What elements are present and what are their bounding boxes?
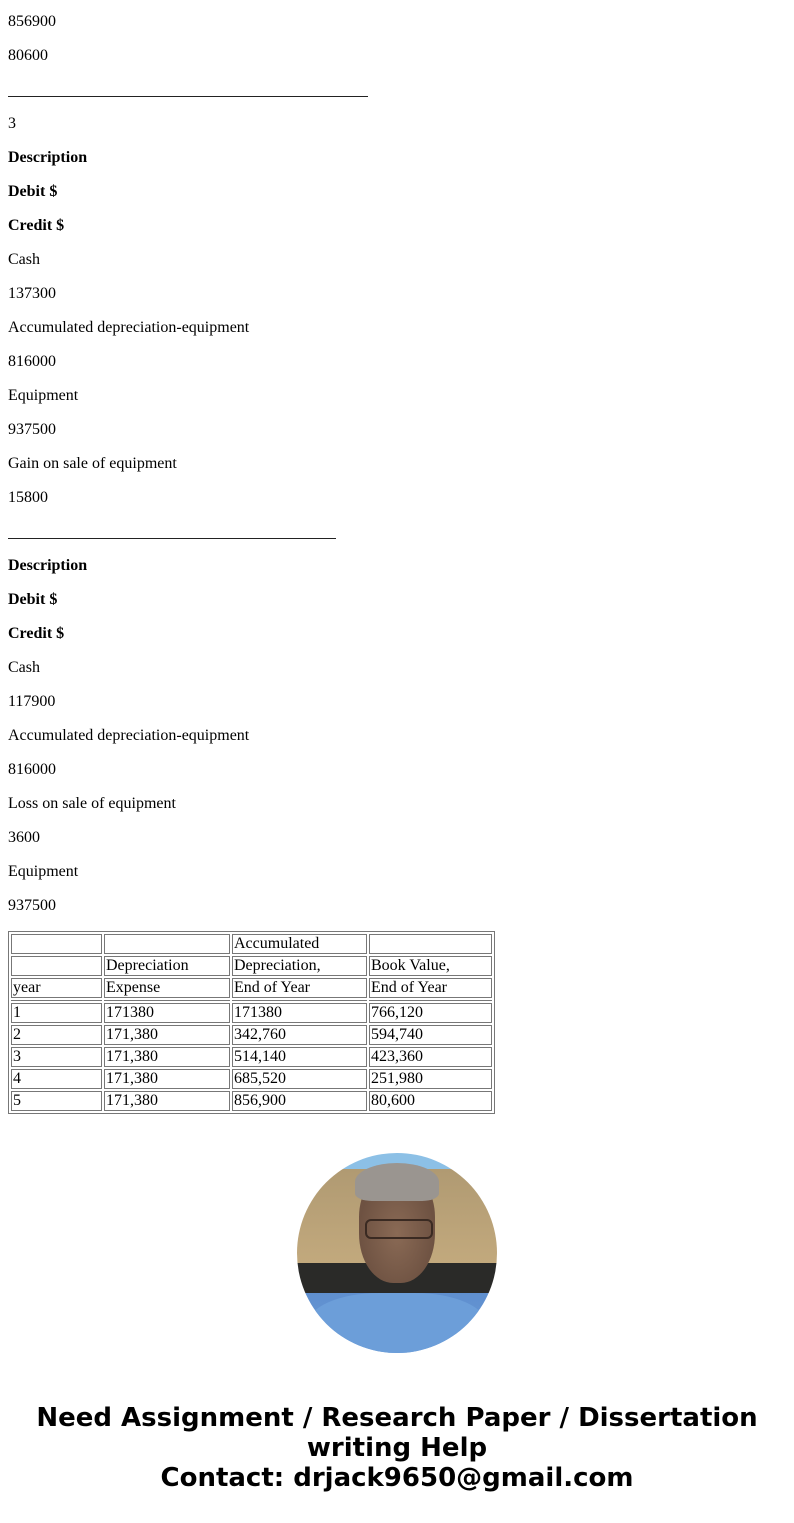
table-header-row: Accumulated — [11, 934, 492, 954]
year-cell: 1 — [11, 1003, 102, 1023]
header-cell: Depreciation, — [232, 956, 367, 976]
account-name: Equipment — [8, 387, 78, 405]
value-text: 856900 — [8, 13, 56, 31]
table-row: 4 171,380 685,520 251,980 — [11, 1069, 492, 1089]
book-value-cell: 423,360 — [369, 1047, 492, 1067]
photo-hair — [355, 1163, 439, 1201]
column-header-credit: Credit $ — [8, 625, 64, 643]
year-cell: 3 — [11, 1047, 102, 1067]
banner-line-2: writing Help — [0, 1433, 794, 1463]
amount: 816000 — [8, 761, 56, 779]
amount: 937500 — [8, 897, 56, 915]
amount: 3600 — [8, 829, 40, 847]
value-text: 80600 — [8, 47, 48, 65]
horizontal-rule — [8, 96, 368, 97]
table-row: 2 171,380 342,760 594,740 — [11, 1025, 492, 1045]
table-header-row: year Expense End of Year End of Year — [11, 978, 492, 998]
account-name: Equipment — [8, 863, 78, 881]
table-row: 3 171,380 514,140 423,360 — [11, 1047, 492, 1067]
header-cell: Depreciation — [104, 956, 230, 976]
accumulated-cell: 856,900 — [232, 1091, 367, 1111]
account-name: Cash — [8, 251, 40, 269]
photo-glasses — [365, 1219, 433, 1239]
table-row: 1 171380 171380 766,120 — [11, 1003, 492, 1023]
expense-cell: 171,380 — [104, 1047, 230, 1067]
column-header-debit: Debit $ — [8, 591, 57, 609]
horizontal-rule — [8, 538, 336, 539]
year-cell: 5 — [11, 1091, 102, 1111]
account-name: Gain on sale of equipment — [8, 455, 177, 473]
header-cell: End of Year — [369, 978, 492, 998]
banner-contact-line: Contact: drjack9650@gmail.com — [0, 1463, 794, 1493]
expense-cell: 171,380 — [104, 1091, 230, 1111]
book-value-cell: 251,980 — [369, 1069, 492, 1089]
header-cell — [11, 956, 102, 976]
section-number: 3 — [8, 115, 16, 133]
expense-cell: 171,380 — [104, 1025, 230, 1045]
header-cell — [104, 934, 230, 954]
contact-banner: Need Assignment / Research Paper / Disse… — [0, 1403, 794, 1493]
book-value-cell: 766,120 — [369, 1003, 492, 1023]
book-value-cell: 594,740 — [369, 1025, 492, 1045]
header-cell — [369, 934, 492, 954]
accumulated-cell: 514,140 — [232, 1047, 367, 1067]
amount: 937500 — [8, 421, 56, 439]
accumulated-cell: 171380 — [232, 1003, 367, 1023]
year-cell: 2 — [11, 1025, 102, 1045]
table-header-row: Depreciation Depreciation, Book Value, — [11, 956, 492, 976]
expense-cell: 171,380 — [104, 1069, 230, 1089]
accumulated-cell: 342,760 — [232, 1025, 367, 1045]
account-name: Cash — [8, 659, 40, 677]
amount: 117900 — [8, 693, 55, 711]
header-cell: Book Value, — [369, 956, 492, 976]
year-cell: 4 — [11, 1069, 102, 1089]
account-name: Loss on sale of equipment — [8, 795, 176, 813]
depreciation-schedule-table: Accumulated Depreciation Depreciation, B… — [8, 931, 495, 1114]
book-value-cell: 80,600 — [369, 1091, 492, 1111]
header-cell: End of Year — [232, 978, 367, 998]
header-cell: year — [11, 978, 102, 998]
column-header-description: Description — [8, 557, 87, 575]
column-header-debit: Debit $ — [8, 183, 57, 201]
header-cell: Expense — [104, 978, 230, 998]
account-name: Accumulated depreciation-equipment — [8, 319, 249, 337]
photo-shirt — [307, 1293, 487, 1353]
header-cell: Accumulated — [232, 934, 367, 954]
column-header-description: Description — [8, 149, 87, 167]
column-header-credit: Credit $ — [8, 217, 64, 235]
amount: 137300 — [8, 285, 56, 303]
amount: 15800 — [8, 489, 48, 507]
header-separator — [11, 1000, 492, 1001]
expense-cell: 171380 — [104, 1003, 230, 1023]
account-name: Accumulated depreciation-equipment — [8, 727, 249, 745]
banner-line-1: Need Assignment / Research Paper / Disse… — [0, 1403, 794, 1433]
header-cell — [11, 934, 102, 954]
author-photo — [297, 1153, 497, 1353]
amount: 816000 — [8, 353, 56, 371]
accumulated-cell: 685,520 — [232, 1069, 367, 1089]
table-row: 5 171,380 856,900 80,600 — [11, 1091, 492, 1111]
